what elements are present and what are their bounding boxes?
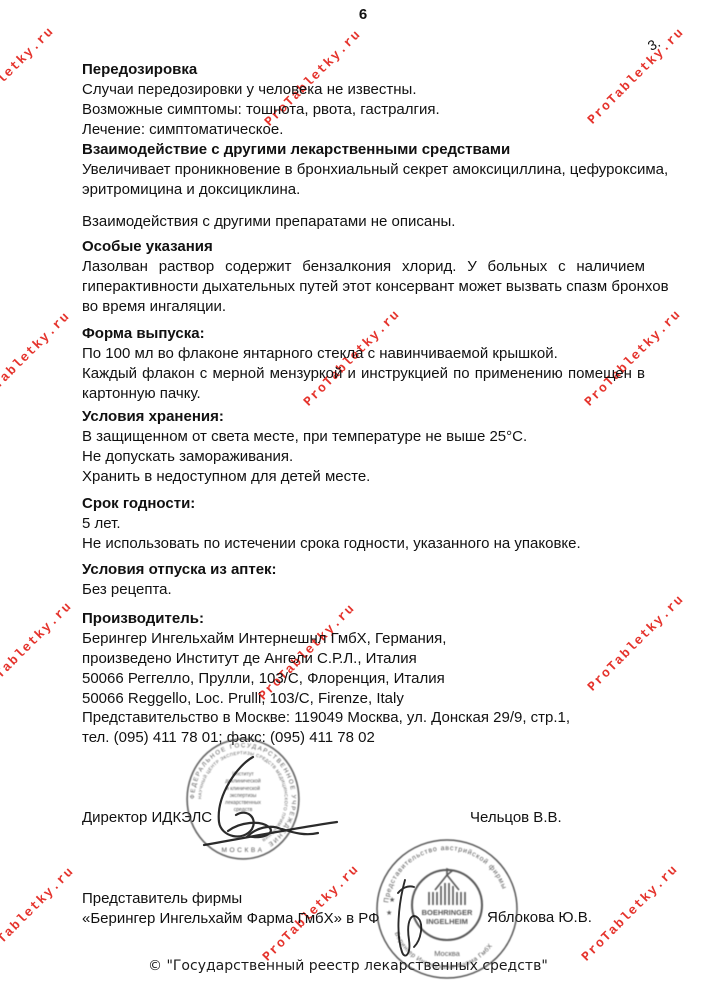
section-shelf-life: Срок годности: 5 лет. Не использовать по… <box>82 494 645 554</box>
body-line: По 100 мл во флаконе янтарного стекла с … <box>82 344 645 364</box>
boehringer-logo-icon <box>429 869 465 905</box>
section-heading: Передозировка <box>82 60 645 80</box>
section-heading: Форма выпуска: <box>82 324 645 344</box>
body-line: произведено Институт де Ангели С.Р.Л., И… <box>82 649 645 669</box>
body-line: Взаимодействия с другими препаратами не … <box>82 212 645 232</box>
body-line: Не допускать замораживания. <box>82 447 645 467</box>
stamp-center-line: лекарственных <box>225 800 261 806</box>
section-dispensing: Условия отпуска из аптек: Без рецепта. <box>82 560 645 600</box>
stamp-center-line: и клинической <box>226 785 260 792</box>
representative-title: Представитель фирмы «Берингер Ингельхайм… <box>82 889 380 929</box>
stamp-center-line: средств <box>234 807 253 813</box>
section-heading: Взаимодействие с другими лекарственными … <box>82 140 645 160</box>
stamp-star: ★ <box>389 896 395 904</box>
body-line: Без рецепта. <box>82 580 645 600</box>
body-line: В защищенном от света месте, при темпера… <box>82 427 645 447</box>
body-line: Случаи передозировки у человека не извес… <box>82 80 645 100</box>
page-number: 6 <box>313 6 413 23</box>
stamp-star: ★ <box>386 909 392 917</box>
body-line: Лечение: симптоматическое. <box>82 120 645 140</box>
section-storage: Условия хранения: В защищенном от света … <box>82 407 645 487</box>
director-name: Чельцов В.В. <box>470 808 562 828</box>
section-special-notes: Особые указания Лазолван раствор содержи… <box>82 237 645 317</box>
section-manufacturer: Производитель: Берингер Ингельхайм Интер… <box>82 609 645 709</box>
stamp-logo-text: BOEHRINGER <box>422 908 473 917</box>
section-heading: Срок годности: <box>82 494 645 514</box>
section-heading: Условия отпуска из аптек: <box>82 560 645 580</box>
section-interaction: Взаимодействие с другими лекарственными … <box>82 140 645 232</box>
body-line: Каждый флакон с мерной мензуркой и инстр… <box>82 364 645 384</box>
stamp-center-line: Институт <box>232 772 254 778</box>
body-line: гиперактивности дыхательных путей этот к… <box>82 277 645 297</box>
body-line: Берингер Ингельхайм Интернешнл ГмбХ, Гер… <box>82 629 645 649</box>
body-line: Хранить в недоступном для детей месте. <box>82 467 645 487</box>
body-line: «Берингер Ингельхайм Фарма ГмбХ» в РФ <box>82 909 380 929</box>
body-line: во время ингаляции. <box>82 297 645 317</box>
body-line: Представительство в Москве: 119049 Москв… <box>82 708 645 728</box>
body-line: 50066 Реггелло, Прулли, 103/С, Флоренция… <box>82 669 645 689</box>
stamp-logo-text: INGELHEIM <box>426 917 468 926</box>
watermark: ProTabletky.ru <box>0 309 73 412</box>
body-line: Не использовать по истечении срока годно… <box>82 534 645 554</box>
section-heading: Производитель: <box>82 609 645 629</box>
stamp-city: Москва <box>434 949 460 958</box>
body-line: Увеличивает проникновение в бронхиальный… <box>82 160 645 180</box>
body-line: 50066 Reggello, Loc. Prulli, 103/C, Fire… <box>82 689 645 709</box>
watermark: ProTabletky.ru <box>0 599 75 702</box>
section-heading: Особые указания <box>82 237 645 257</box>
section-overdose: Передозировка Случаи передозировки у чел… <box>82 60 645 140</box>
watermark: ProTabletky.ru <box>579 862 682 965</box>
stamp-idkels: ФЕДЕРАЛЬНОЕ ГОСУДАРСТВЕННОЕ УЧРЕЖДЕНИЕ Н… <box>184 737 302 861</box>
stamp-city: МОСКВА <box>221 847 264 854</box>
body-line: Лазолван раствор содержит бензалкония хл… <box>82 257 645 277</box>
section-heading: Условия хранения: <box>82 407 645 427</box>
watermark: ProTabletky.ru <box>0 864 77 967</box>
section-form: Форма выпуска: По 100 мл во флаконе янта… <box>82 324 645 404</box>
stamp-center-line: доклинической <box>225 778 261 785</box>
section-representation: Представительство в Москве: 119049 Москв… <box>82 708 645 748</box>
body-line: тел. (095) 411 78 01; факс: (095) 411 78… <box>82 728 645 748</box>
watermark: ProTabletky.ru <box>0 24 57 127</box>
body-line: Возможные симптомы: тошнота, рвота, гаст… <box>82 100 645 120</box>
body-line: эритромицина и доксициклина. <box>82 180 645 200</box>
body-line: Представитель фирмы <box>82 889 380 909</box>
document-page: ProTabletky.ru ProTabletky.ru ProTabletk… <box>0 0 727 1000</box>
body-line: картонную пачку. <box>82 384 645 404</box>
stamp-boehringer: Представительство австрийской фирмы Бери… <box>372 839 522 981</box>
body-line: 5 лет. <box>82 514 645 534</box>
stamp-center-line: экспертизы <box>230 793 257 799</box>
